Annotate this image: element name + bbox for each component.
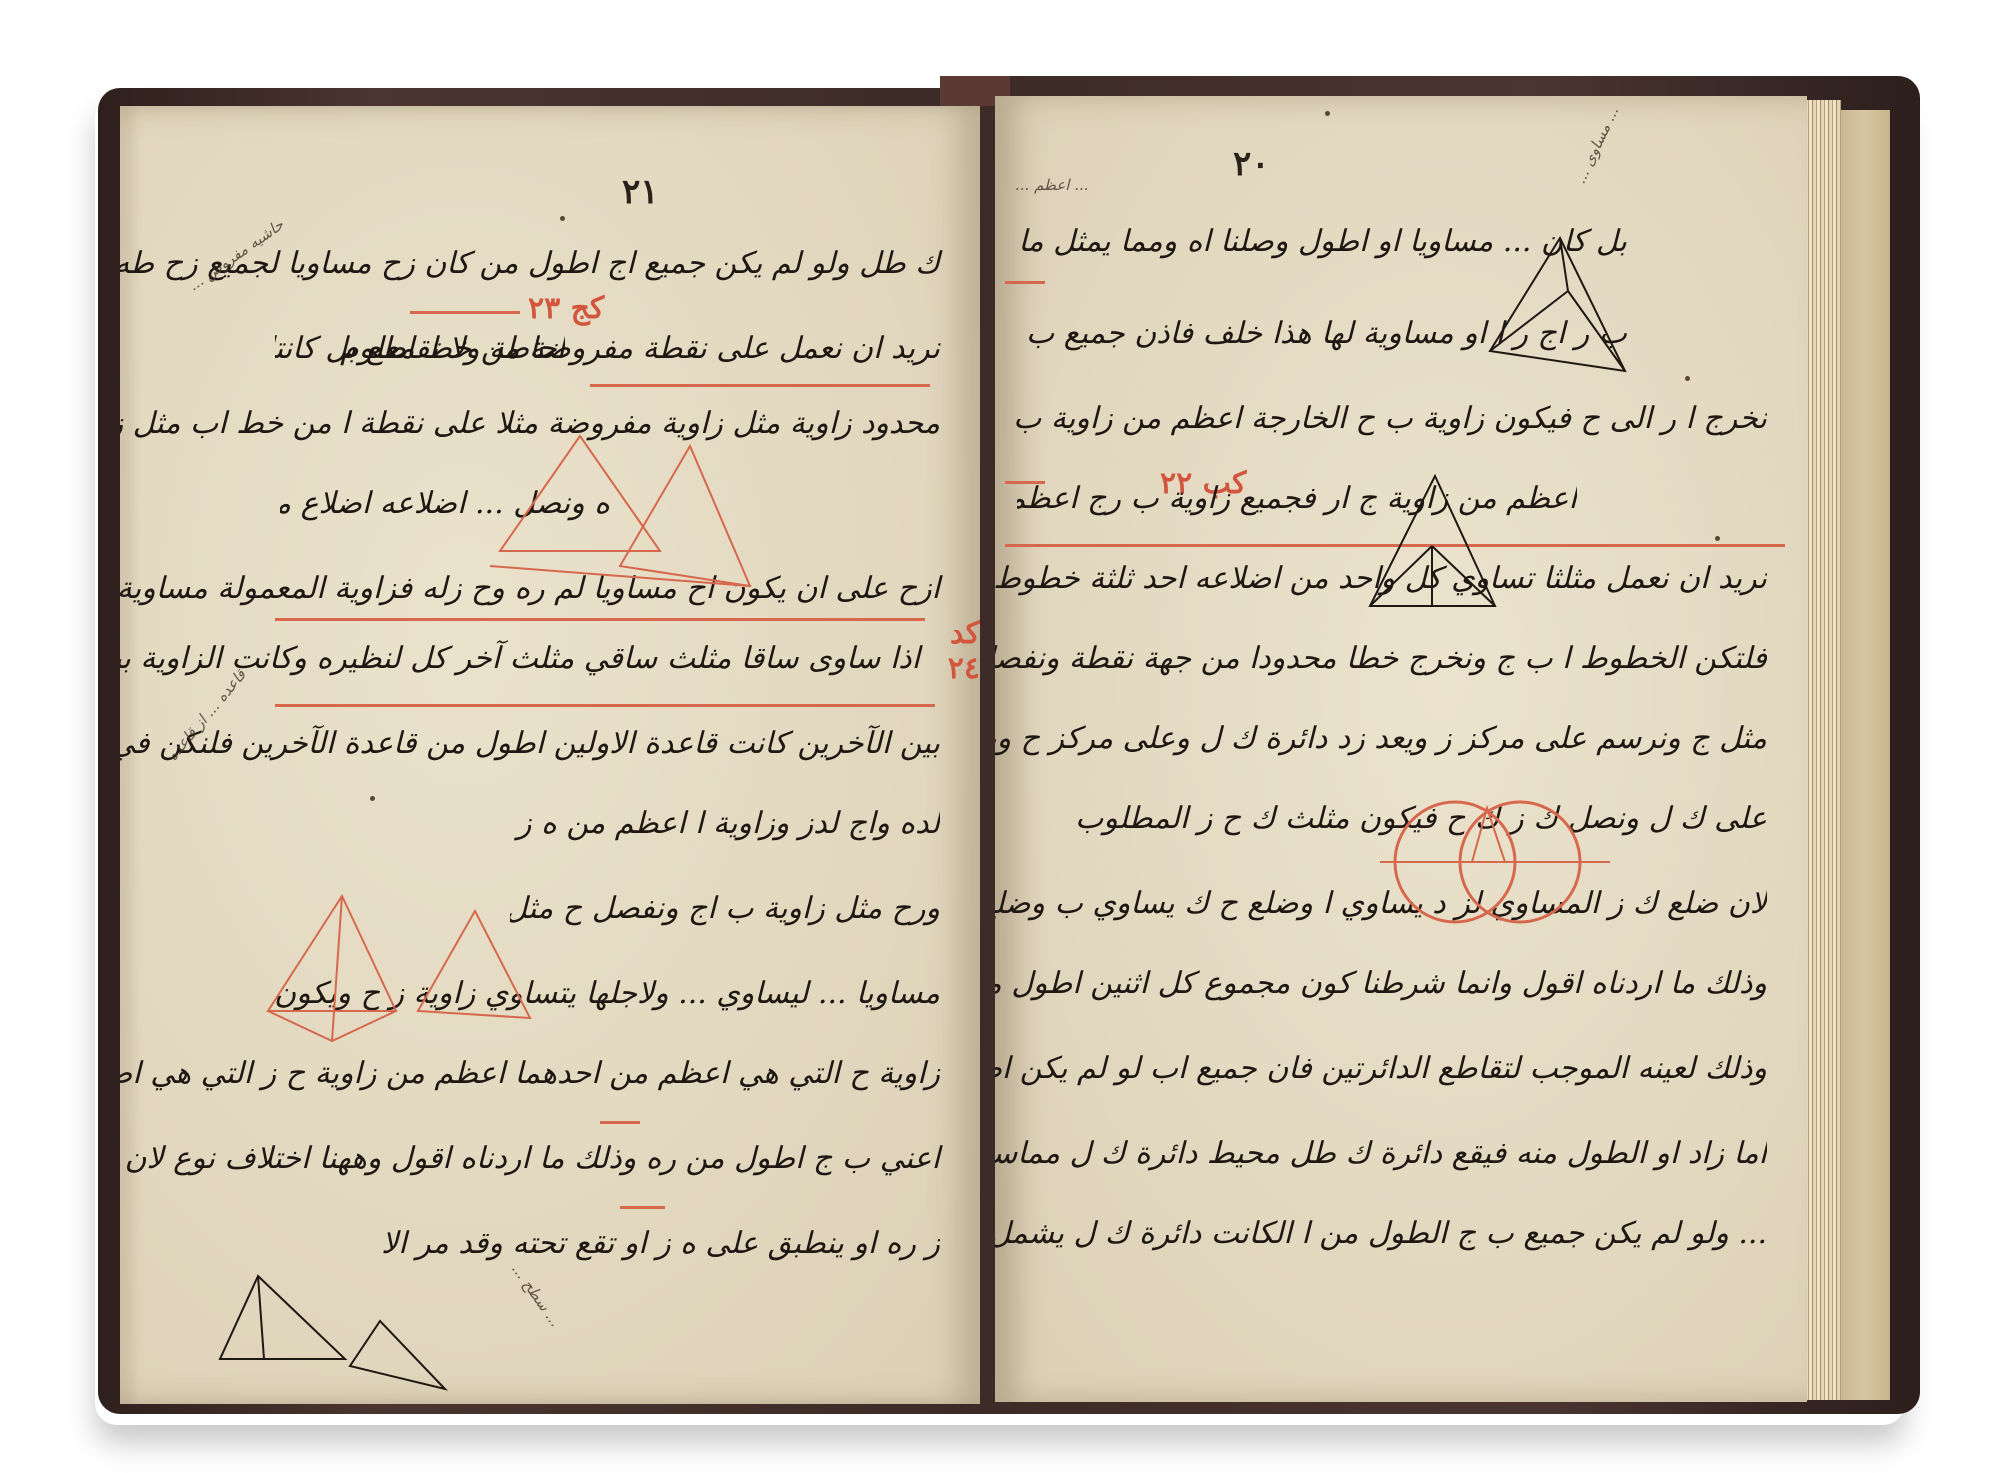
- ink-speck: [1325, 111, 1330, 116]
- rubric-rule: [275, 618, 925, 621]
- ink-speck: [370, 796, 375, 801]
- rubric-rule: [410, 311, 520, 314]
- text-line: لده واج لدز وزاوية ا اعظم من ه ز فنقول ب…: [510, 806, 940, 841]
- text-line: ازح على ان يكون اح مساويا لم ره وح زله ف…: [120, 571, 940, 606]
- triangle-diagram-black: [220, 1271, 460, 1401]
- text-line: فلتكن الخطوط ا ب ج ونخرج خطا محدودا من ج…: [995, 641, 1767, 676]
- text-line: بين الآخرين كانت قاعدة الاولين اطول من ق…: [120, 726, 940, 761]
- text-line: ز ره او ينطبق على ه ز او تقع تحته وقد مر…: [380, 1226, 940, 1261]
- rubric-rule: [620, 1206, 665, 1209]
- triangle-diagram-black: [1370, 476, 1500, 616]
- left-page: ٢١ ك طل ولو لم يكن جميع اج اطول من كان ز…: [120, 106, 980, 1404]
- rubric-rule: [590, 384, 930, 387]
- ink-speck: [1685, 376, 1690, 381]
- flyleaf: [1838, 110, 1892, 1400]
- marginal-gloss: ... مساوی ...: [1571, 104, 1622, 187]
- rubric-marker: كج ٢٣: [528, 291, 604, 326]
- right-page: ٢٠ ... اعظم ... ... مساوی ... بل كان ...…: [995, 96, 1807, 1402]
- rubric-rule: [600, 1121, 640, 1124]
- text-line: زاوية ح التي هي اعظم من احدهما اعظم من ز…: [120, 1056, 940, 1091]
- text-line: ورح مثل زاوية ب اج ونفصل ح مثل اج ونصل ح…: [510, 891, 940, 926]
- text-line: مثل ج ونرسم على مركز ز ويعد زد دائرة ك ل…: [995, 721, 1767, 756]
- page-number: ٢٠: [1233, 144, 1270, 184]
- text-line: نخرج ا ر الى ح فيكون زاوية ب ح الخارجة ا…: [1007, 401, 1767, 436]
- text-line: نريد ان نعمل على نقطة مفروضة من خط معلوم: [500, 331, 940, 366]
- triangle-diagram-red: [260, 886, 540, 1046]
- text-line: وذلك لعينه الموجب لتقاطع الدائرتين فان ج…: [995, 1051, 1767, 1086]
- page-number: ٢١: [622, 172, 659, 212]
- intersecting-circles-diagram: [1380, 796, 1610, 926]
- text-line: ... ولو لم يكن جميع ب ج الطول من ا الكان…: [995, 1216, 1767, 1251]
- rubric-rule: [275, 704, 935, 707]
- triangle-diagram-red: [490, 426, 750, 556]
- ink-speck: [560, 216, 565, 221]
- text-line: اعني ب ج اطول من ره وذلك ما اردناه اقول …: [120, 1141, 940, 1176]
- marginal-gloss: ... سطح ...: [508, 1260, 564, 1330]
- rubric-rule: [1005, 281, 1045, 284]
- ink-speck: [1715, 536, 1720, 541]
- page-edges: [1805, 100, 1841, 1400]
- text-line: احاطة ولا تقاطع بل كانتا اما متماستين او…: [275, 331, 565, 366]
- text-line: وذلك ما اردناه اقول وانما شرطنا كون مجمو…: [995, 966, 1767, 1001]
- rubric-marker: كد ٢٤: [930, 616, 980, 686]
- triangle-diagram-black: [1490, 236, 1625, 466]
- marginal-gloss: ... اعظم ...: [1015, 176, 1089, 194]
- text-line: اما زاد او الطول منه فيقع دائرة ك طل محي…: [995, 1136, 1767, 1171]
